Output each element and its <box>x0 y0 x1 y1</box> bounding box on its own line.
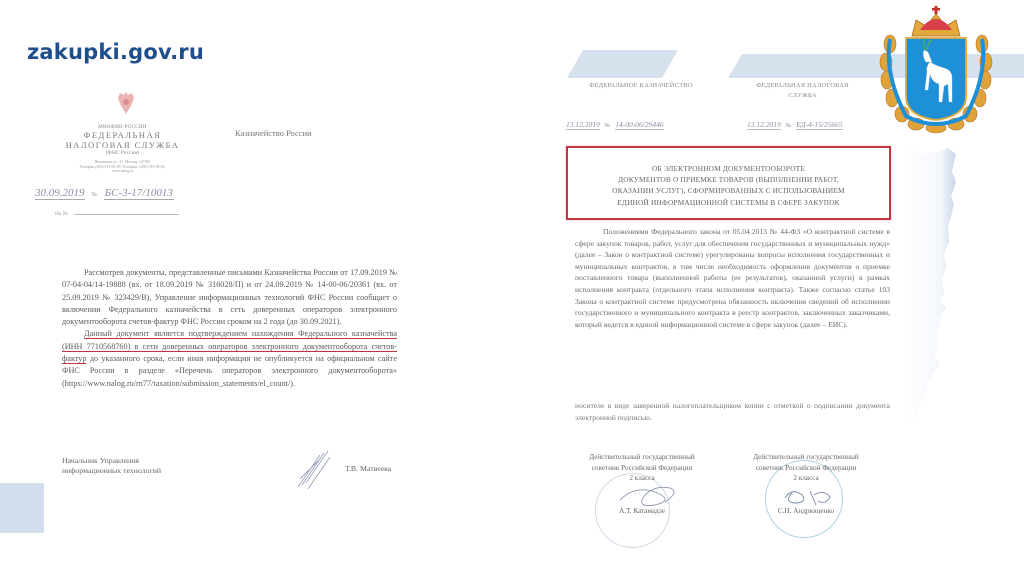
org-name-line2: НАЛОГОВАЯ СЛУЖБА <box>55 141 190 151</box>
reg-no: ЕД-4-15/25665 <box>796 120 842 130</box>
signer-title: советник Российской Федерации <box>736 463 876 474</box>
signer-title: советник Российской Федерации <box>572 463 712 474</box>
registration-number: 30.09.2019 № БС-3-17/10013 <box>35 187 195 200</box>
website-line: www.nalog.ru <box>55 169 190 174</box>
letter-body: Положениями Федерального закона от 05.04… <box>575 226 890 330</box>
reg-date: 30.09.2019 <box>35 187 85 200</box>
fns-letter-document: МИНФИН РОССИИ ФЕДЕРАЛЬНАЯ НАЛОГОВАЯ СЛУЖ… <box>55 85 410 515</box>
signer-name: Т.В. Матвеева <box>345 464 391 474</box>
tax-service-reg-number: 13.12.2019 № ЕД-4-15/25665 <box>747 120 843 129</box>
paragraph-continuation: до указанного срока, если иная информаци… <box>62 354 397 388</box>
subject-line: ОБ ЭЛЕКТРОННОМ ДОКУМЕНТООБОРОТЕ <box>568 163 889 174</box>
reg-no: 14-00-06/29446 <box>615 120 663 130</box>
handwritten-signature-icon <box>290 449 340 491</box>
handwritten-signature-icon <box>780 483 840 511</box>
reg-no-label: № <box>91 192 97 198</box>
letter-body: Рассмотрев документы, представленные пис… <box>62 267 397 390</box>
russia-emblem-icon <box>115 90 137 116</box>
handwritten-signature-icon <box>615 480 685 510</box>
letter-paragraph-fragment: носителе в виде заверенной налогоплатель… <box>575 400 890 423</box>
fns-letterhead: МИНФИН РОССИИ ФЕДЕРАЛЬНАЯ НАЛОГОВАЯ СЛУЖ… <box>55 125 190 174</box>
header-tax-line: ФЕДЕРАЛЬНАЯ НАЛОГОВАЯ <box>740 81 865 91</box>
subject-line: ЕДИНОЙ ИНФОРМАЦИОННОЙ СИСТЕМЫ В СФЕРЕ ЗА… <box>568 197 889 208</box>
addressee: Казначейство России <box>235 128 312 138</box>
letter-paragraph: Рассмотрев документы, представленные пис… <box>62 267 397 328</box>
signer-position: Начальник Управления <box>62 456 161 466</box>
joint-letter-document: ФЕДЕРАЛЬНОЕ КАЗНАЧЕЙСТВО ФЕДЕРАЛЬНАЯ НАЛ… <box>560 78 900 568</box>
reg-no: БС-3-17/10013 <box>104 187 174 200</box>
treasury-reg-number: 13.12.2019 № 14-00-06/29446 <box>566 120 664 129</box>
decorative-square <box>0 483 44 533</box>
torn-paper-edge <box>906 142 986 432</box>
reg-date: 13.12.2019 <box>566 120 600 130</box>
signer-title: Действительный государственный <box>736 452 876 463</box>
header-treasury: ФЕДЕРАЛЬНОЕ КАЗНАЧЕЙСТВО <box>566 81 716 91</box>
slide-title: zakupki.gov.ru <box>27 40 204 64</box>
letter-paragraph-highlighted: Данный документ является подтверждением … <box>62 328 397 389</box>
document-subject-box: ОБ ЭЛЕКТРОННОМ ДОКУМЕНТООБОРОТЕ ДОКУМЕНТ… <box>566 146 891 220</box>
reg-no-label: № <box>605 123 611 129</box>
org-short-name: (ФНС России) <box>55 150 190 156</box>
on-no-label: На № <box>55 211 68 217</box>
reg-no-label: № <box>786 123 792 129</box>
reg-date: 13.12.2019 <box>747 120 781 130</box>
signer-position: информационных технологий <box>62 466 161 476</box>
subject-line: ОКАЗАНИИ УСЛУГ), СФОРМИРОВАННЫХ С ИСПОЛЬ… <box>568 185 889 196</box>
signer-class: 2 класса <box>736 473 876 484</box>
subject-line: ДОКУМЕНТОВ О ПРИЕМКЕ ТОВАРОВ (ВЫПОЛНЕНИИ… <box>568 174 889 185</box>
decorative-band <box>567 50 678 78</box>
signer-title: Действительный государственный <box>572 452 712 463</box>
header-tax-line: СЛУЖБА <box>740 91 865 101</box>
letter-paragraph: Положениями Федерального закона от 05.04… <box>575 226 890 330</box>
in-reply-to: На № <box>55 209 179 217</box>
header-tax-service: ФЕДЕРАЛЬНАЯ НАЛОГОВАЯ СЛУЖБА <box>740 81 865 101</box>
